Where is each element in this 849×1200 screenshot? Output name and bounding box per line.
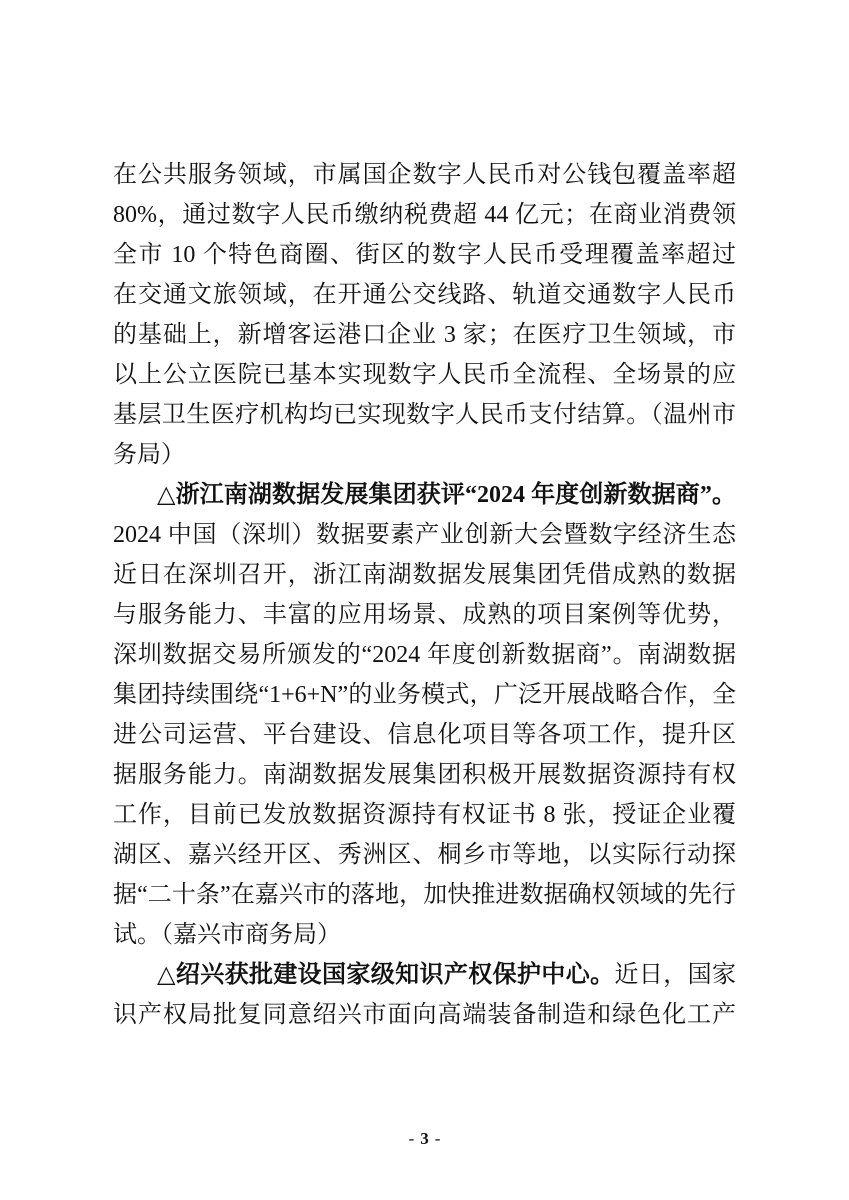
paragraph-heading: △浙江南湖数据发展集团获评“2024 年度创新数据商”。 xyxy=(113,475,736,515)
paragraph-heading: △绍兴获批建设国家级知识产权保护中心。 xyxy=(157,962,615,988)
text-line: 进公司运营、平台建设、信息化项目等各项工作，提升区域数 xyxy=(113,715,736,755)
paragraph-nanhu-data-group: △浙江南湖数据发展集团获评“2024 年度创新数据商”。 2024 中国（深圳）… xyxy=(113,475,736,955)
text-line: 深圳数据交易所颁发的“2024 年度创新数据商”。南湖数据发展 xyxy=(113,635,736,675)
text-line: 80%，通过数字人民币缴纳税费超 44 亿元；在商业消费领域， xyxy=(113,195,736,235)
text-line: 据服务能力。南湖数据发展集团积极开展数据资源持有权登记 xyxy=(113,755,736,795)
text-line: 与服务能力、丰富的应用场景、成熟的项目案例等优势，荣获 xyxy=(113,595,736,635)
text-line: 2024 中国（深圳）数据要素产业创新大会暨数字经济生态会议 xyxy=(113,515,736,555)
paragraph-shaoxing-ipr: △绍兴获批建设国家级知识产权保护中心。近日，国家知 识产权局批复同意绍兴市面向高… xyxy=(113,955,736,1035)
page-number: -3- xyxy=(0,1126,849,1152)
text-line: 湖区、嘉兴经开区、秀洲区、桐乡市等地，以实际行动探索数 xyxy=(113,835,736,875)
text-line: 基层卫生医疗机构均已实现数字人民币支付结算。（温州市商 xyxy=(113,395,736,435)
text-line-paragraph-end: 试。（嘉兴市商务局） xyxy=(113,915,736,955)
text-line: 识产权局批复同意绍兴市面向高端装备制造和绿色化工产业开 xyxy=(113,995,736,1035)
page-number-dash-right: - xyxy=(435,1129,441,1148)
text-line: 全市 10 个特色商圈、街区的数字人民币受理覆盖率超过 40%； xyxy=(113,235,736,275)
page-number-value: 3 xyxy=(420,1129,429,1148)
paragraph-digital-rmb: 在公共服务领域，市属国企数字人民币对公钱包覆盖率超 80%，通过数字人民币缴纳税… xyxy=(113,155,736,475)
text-line: 在公共服务领域，市属国企数字人民币对公钱包覆盖率超 xyxy=(113,155,736,195)
text-line: 以上公立医院已基本实现数字人民币全流程、全场景的应用， xyxy=(113,355,736,395)
text-line: 近日在深圳召开，浙江南湖数据发展集团凭借成熟的数据产品 xyxy=(113,555,736,595)
text-line: 据“二十条”在嘉兴市的落地，加快推进数据确权领域的先行先 xyxy=(113,875,736,915)
page-number-dash-left: - xyxy=(409,1129,415,1148)
text-line: 在交通文旅领域，在开通公交线路、轨道交通数字人民币支付 xyxy=(113,275,736,315)
paragraph-heading-line: △绍兴获批建设国家级知识产权保护中心。近日，国家知 xyxy=(113,955,736,995)
document-page: 在公共服务领域，市属国企数字人民币对公钱包覆盖率超 80%，通过数字人民币缴纳税… xyxy=(0,0,849,1200)
text-line: 工作，目前已发放数据资源持有权证书 8 张，授证企业覆盖南 xyxy=(113,795,736,835)
page-body-text: 在公共服务领域，市属国企数字人民币对公钱包覆盖率超 80%，通过数字人民币缴纳税… xyxy=(113,155,736,1035)
text-line: 的基础上，新增客运港口企业 3 家；在医疗卫生领域，市二级 xyxy=(113,315,736,355)
text-line-paragraph-end: 务局） xyxy=(113,435,736,475)
text-line: 集团持续围绕“1+6+N”的业务模式，广泛开展战略合作，全力推 xyxy=(113,675,736,715)
